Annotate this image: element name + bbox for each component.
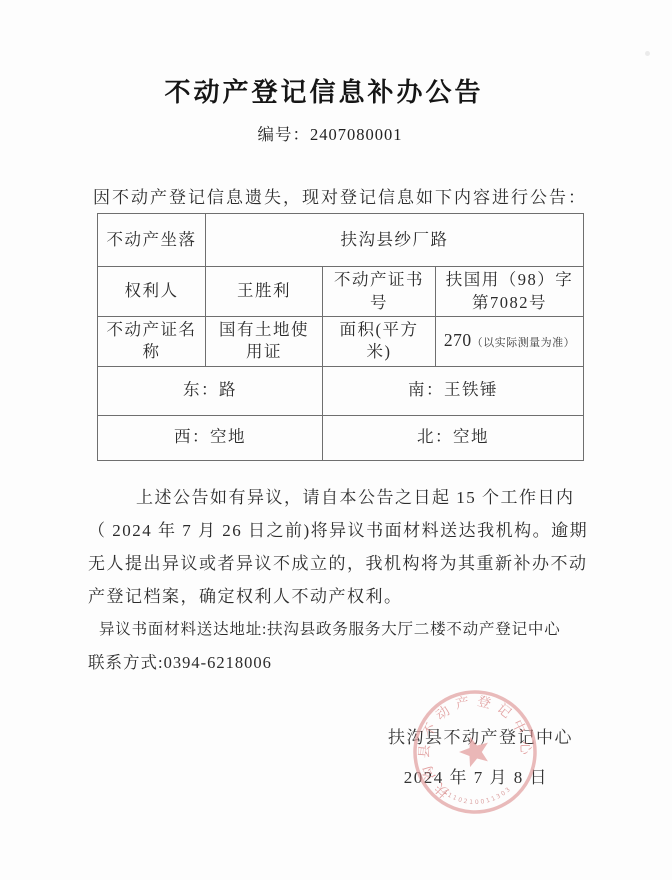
table-row-certname-area: 不动产证名称 国有土地使用证 面积(平方米) 270（以实际测量为准）: [98, 317, 584, 367]
table-row-location: 不动产坐落 扶沟县纱厂路: [98, 214, 584, 267]
registration-table: 不动产坐落 扶沟县纱厂路 权利人 王胜利 不动产证书号 扶国用（98）字第708…: [97, 213, 584, 461]
cell-north: 北：空地: [323, 415, 584, 460]
serial-number-value: 2407080001: [310, 125, 403, 144]
page-title: 不动产登记信息补办公告: [0, 72, 648, 109]
body-line-4: 产登记档案，确定权利人不动产权利。: [88, 580, 598, 613]
notice-body: 上述公告如有异议，请自本公告之日起 15 个工作日内 （ 2024 年 7 月 …: [88, 481, 598, 679]
table-row-east-south: 东：路 南：王铁锤: [98, 366, 584, 415]
cell-certno-value: 扶国用（98）字第7082号: [436, 267, 584, 317]
table-row-holder: 权利人 王胜利 不动产证书号 扶国用（98）字第7082号: [98, 267, 584, 317]
cell-holder-label: 权利人: [98, 267, 206, 317]
cell-certname-value: 国有土地使用证: [206, 317, 323, 367]
address-line: 异议书面材料送达地址:扶沟县政务服务大厅二楼不动产登记中心: [88, 613, 598, 646]
cell-location-label: 不动产坐落: [98, 214, 206, 267]
serial-number-label: 编号：: [258, 125, 311, 144]
body-line-3: 无人提出异议或者异议不成立的，我机构将为其重新补办不动: [88, 547, 598, 580]
table-row-west-north: 西：空地 北：空地: [98, 415, 584, 460]
cell-location-value: 扶沟县纱厂路: [206, 214, 584, 267]
area-note: （以实际测量为准）: [472, 337, 576, 349]
cell-east: 东：路: [98, 366, 323, 415]
seal-code-text: 4110210011303: [440, 769, 515, 818]
scan-artifact-speck: [645, 51, 650, 56]
cell-holder-value: 王胜利: [206, 267, 323, 317]
body-line-1: 上述公告如有异议，请自本公告之日起 15 个工作日内: [88, 481, 598, 514]
cell-certno-label: 不动产证书号: [323, 267, 436, 317]
cell-west: 西：空地: [98, 415, 323, 460]
body-line-2: （ 2024 年 7 月 26 日之前)将异议书面材料送达我机构。逾期: [88, 514, 598, 547]
star-icon: [456, 732, 494, 769]
intro-line: 因不动产登记信息遗失，现对登记信息如下内容进行公告：: [93, 183, 587, 208]
seal-code-textpath: 4110210011303: [440, 769, 515, 818]
serial-number-row: 编号：2407080001: [0, 121, 660, 145]
official-seal-stamp: 扶沟县不动产登记中心 4110210011303: [387, 664, 563, 840]
cell-south: 南：王铁锤: [323, 366, 584, 415]
cell-certname-label: 不动产证名称: [98, 317, 206, 367]
notice-document-page: 不动产登记信息补办公告 编号：2407080001 因不动产登记信息遗失，现对登…: [0, 0, 672, 880]
area-number: 270: [444, 330, 472, 350]
cell-area-value: 270（以实际测量为准）: [436, 317, 584, 367]
cell-area-label: 面积(平方米): [323, 317, 436, 367]
